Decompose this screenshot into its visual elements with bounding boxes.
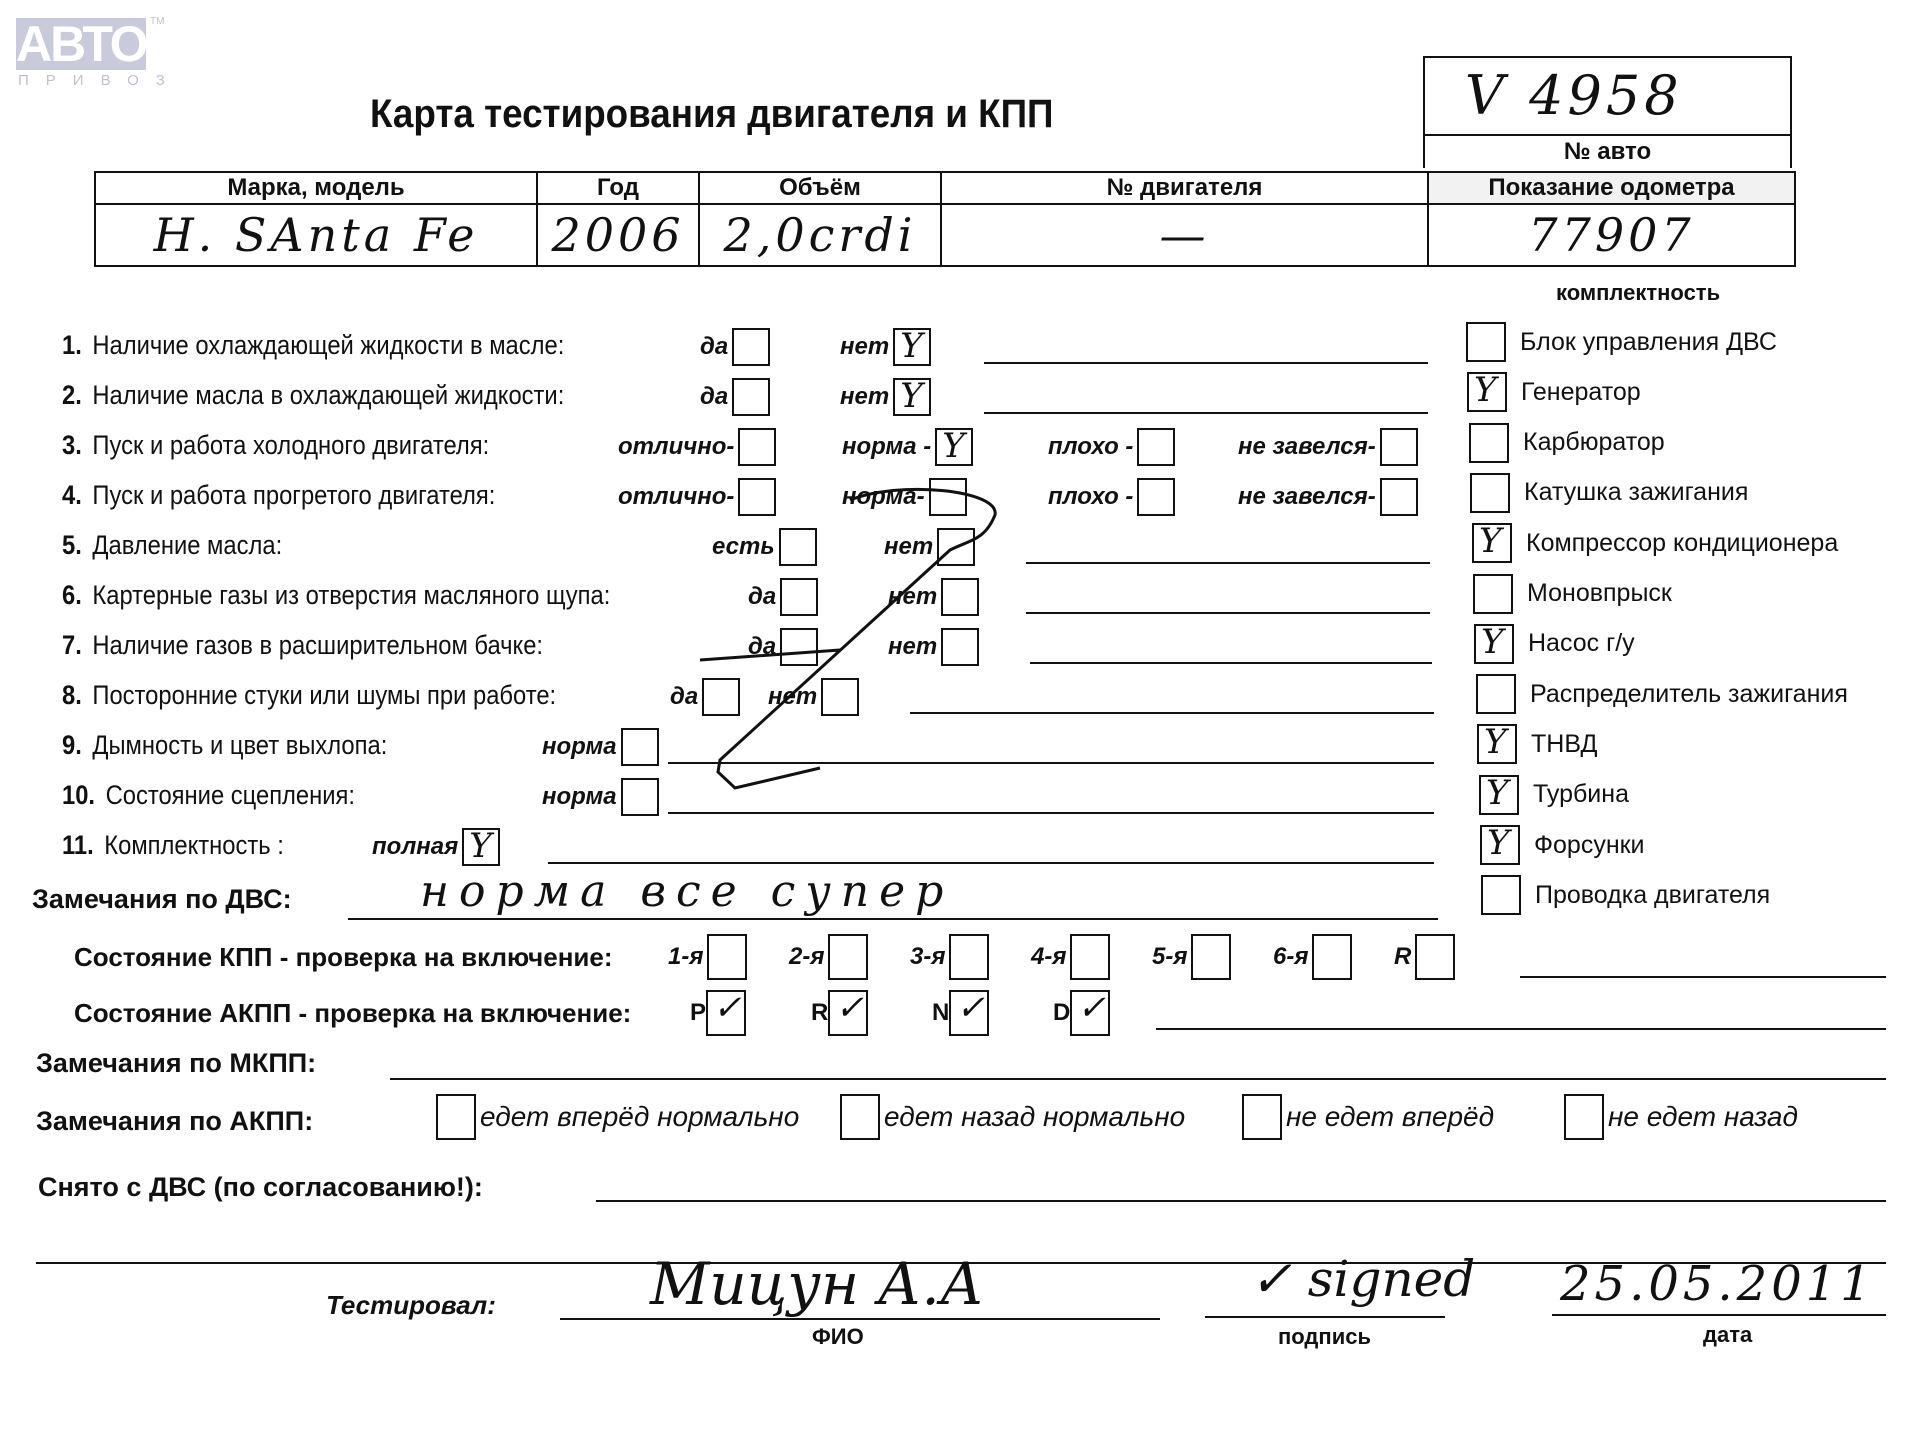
check-option: отлично- xyxy=(618,478,776,516)
checkbox[interactable] xyxy=(1481,875,1521,915)
checkbox[interactable] xyxy=(1480,825,1520,865)
engine-no-value[interactable]: — xyxy=(941,204,1428,266)
logo-tm: TM xyxy=(150,16,164,27)
option-label: да xyxy=(748,633,776,661)
check-label: Пуск и работа холодного двигателя: xyxy=(92,430,489,460)
checkbox[interactable] xyxy=(462,828,500,866)
komplekt-item: Генератор xyxy=(1467,372,1641,412)
brand-logo: АВТО TM ПРИВОЗ xyxy=(16,18,182,89)
check-row-4: 4.Пуск и работа прогретого двигателя: xyxy=(62,480,495,511)
option-label: не едет назад xyxy=(1608,1101,1798,1133)
removed-line[interactable] xyxy=(596,1200,1886,1202)
komplekt-item: Проводка двигателя xyxy=(1481,875,1770,915)
gear-label: N xyxy=(932,999,949,1027)
checkbox[interactable] xyxy=(1467,372,1507,412)
checkbox[interactable] xyxy=(1070,990,1110,1036)
checkbox[interactable] xyxy=(935,428,973,466)
model-value[interactable]: H. SAnta Fe xyxy=(95,204,537,266)
odometer-value[interactable]: 77907 xyxy=(1428,204,1795,266)
checkbox[interactable] xyxy=(780,578,818,616)
gear-label: 3-я xyxy=(910,943,945,971)
gear-label: 6-я xyxy=(1273,943,1308,971)
akpp-label: Состояние АКПП - проверка на включение: xyxy=(74,998,631,1029)
kpp-gear: 1-я xyxy=(668,934,747,980)
check-number: 4. xyxy=(62,480,82,510)
option-label: полная xyxy=(372,833,458,861)
checkbox[interactable] xyxy=(840,1094,880,1140)
gear-label: D xyxy=(1053,999,1070,1027)
option-label: да xyxy=(670,683,698,711)
option-label: едет назад нормально xyxy=(884,1101,1185,1133)
car-number-label: № авто xyxy=(1425,136,1790,168)
col-engine-no-label: № двигателя xyxy=(941,172,1428,204)
komplekt-item-label: Компрессор кондиционера xyxy=(1526,529,1838,558)
tester-signature-value[interactable]: ✓ signed xyxy=(1250,1250,1475,1308)
tester-date-line xyxy=(1552,1314,1886,1316)
option-label: не завелся- xyxy=(1238,433,1376,461)
checkbox[interactable] xyxy=(706,990,746,1036)
kpp-gear: R xyxy=(1394,934,1455,980)
checkbox[interactable] xyxy=(779,528,817,566)
option-label: норма xyxy=(542,783,617,811)
check-option: норма xyxy=(542,728,659,766)
check-option: не завелся- xyxy=(1238,428,1418,466)
check-label: Картерные газы из отверстия масляного щу… xyxy=(92,580,610,610)
gear-label: R xyxy=(811,999,828,1027)
akpp-remark-option: едет назад нормально xyxy=(836,1094,1185,1140)
check-label: Комплектность : xyxy=(104,830,284,860)
akpp-remark-option: не едет вперёд xyxy=(1238,1094,1494,1140)
check-row-9: 9.Дымность и цвет выхлопа: xyxy=(62,730,387,761)
option-label: плохо - xyxy=(1048,433,1133,461)
tester-name-value[interactable]: Мицун А.А xyxy=(650,1250,984,1318)
komplekt-item: Турбина xyxy=(1479,775,1629,815)
option-label: отлично- xyxy=(618,433,734,461)
checkbox[interactable] xyxy=(949,934,989,980)
checkbox[interactable] xyxy=(893,328,931,366)
checkbox[interactable] xyxy=(780,628,818,666)
remarks-mkpp-label: Замечания по МКПП: xyxy=(36,1048,316,1079)
check-number: 9. xyxy=(62,730,82,760)
option-label: едет вперёд нормально xyxy=(480,1101,799,1133)
check-label: Наличие газов в расширительном бачке: xyxy=(92,630,543,660)
car-number-value[interactable]: V 4958 xyxy=(1425,58,1790,136)
option-label: нет xyxy=(888,583,937,611)
check-option: нет xyxy=(840,328,931,366)
check-number: 1. xyxy=(62,330,82,360)
checkbox[interactable] xyxy=(1476,674,1516,714)
kpp-gear: 3-я xyxy=(910,934,989,980)
check-label: Состояние сцепления: xyxy=(106,780,355,810)
komplekt-item: Компрессор кондиционера xyxy=(1472,523,1838,563)
option-label: норма- xyxy=(842,483,925,511)
komplekt-item-label: Моновпрыск xyxy=(1527,579,1672,608)
tester-name-line xyxy=(560,1318,1160,1320)
checkbox[interactable] xyxy=(941,578,979,616)
option-label: есть xyxy=(712,533,775,561)
checkbox[interactable] xyxy=(1191,934,1231,980)
komplekt-item: Катушка зажигания xyxy=(1470,473,1748,513)
notes-line[interactable] xyxy=(1030,662,1432,664)
caption-date: дата xyxy=(1703,1322,1752,1348)
option-label: не едет вперёд xyxy=(1286,1101,1494,1133)
check-number: 7. xyxy=(62,630,82,660)
komplekt-item-label: Генератор xyxy=(1521,378,1641,407)
kpp-gear: 4-я xyxy=(1031,934,1110,980)
gear-label: 5-я xyxy=(1152,943,1187,971)
check-label: Наличие масла в охлаждающей жидкости: xyxy=(92,380,564,410)
komplekt-heading: комплектность xyxy=(1556,280,1720,306)
check-row-11: 11.Комплектность : xyxy=(62,830,284,861)
check-option: нет xyxy=(884,528,975,566)
check-row-10: 10.Состояние сцепления: xyxy=(62,780,355,811)
check-number: 5. xyxy=(62,530,82,560)
checkbox[interactable] xyxy=(1472,523,1512,563)
notes-line[interactable] xyxy=(668,762,1434,764)
col-volume-label: Объём xyxy=(699,172,941,204)
checkbox[interactable] xyxy=(1242,1094,1282,1140)
caption-name: ФИО xyxy=(812,1324,864,1350)
komplekt-item: Карбюратор xyxy=(1469,423,1665,463)
option-label: да xyxy=(700,383,728,411)
check-label: Пуск и работа прогретого двигателя: xyxy=(92,480,495,510)
year-value[interactable]: 2006 xyxy=(537,204,699,266)
checkbox[interactable] xyxy=(707,934,747,980)
check-option: нет xyxy=(888,628,979,666)
checkbox[interactable] xyxy=(929,478,967,516)
checkbox[interactable] xyxy=(1312,934,1352,980)
check-option: нет xyxy=(840,378,931,416)
check-row-8: 8.Посторонние стуки или шумы при работе: xyxy=(62,680,556,711)
gear-label: 4-я xyxy=(1031,943,1066,971)
logo-text: АВТО xyxy=(16,18,146,70)
komplekt-item: Моновпрыск xyxy=(1473,574,1672,614)
checkbox[interactable] xyxy=(1473,574,1513,614)
remarks-engine-label: Замечания по ДВС: xyxy=(32,884,292,915)
checkbox[interactable] xyxy=(1070,934,1110,980)
check-option: норма - xyxy=(842,428,973,466)
tester-signature-line xyxy=(1205,1316,1445,1318)
remarks-mkpp-line[interactable] xyxy=(390,1078,1886,1080)
notes-line[interactable] xyxy=(548,862,1434,864)
option-label: плохо - xyxy=(1048,483,1133,511)
akpp-gear: R xyxy=(811,990,868,1036)
checkbox[interactable] xyxy=(828,934,868,980)
option-label: да xyxy=(700,333,728,361)
komplekt-item: ТНВД xyxy=(1477,724,1597,764)
option-label: нет xyxy=(888,633,937,661)
komplekt-item: Насос г/у xyxy=(1474,624,1635,664)
option-label: нет xyxy=(840,333,889,361)
checkbox[interactable] xyxy=(893,378,931,416)
komplekt-item-label: ТНВД xyxy=(1531,730,1597,759)
komplekt-item-label: Проводка двигателя xyxy=(1535,881,1770,910)
volume-value[interactable]: 2,0crdi xyxy=(699,204,941,266)
checkbox[interactable] xyxy=(1469,423,1509,463)
check-option: да xyxy=(700,378,770,416)
check-option: нет xyxy=(768,678,859,716)
check-option: плохо - xyxy=(1048,478,1175,516)
notes-line[interactable] xyxy=(984,412,1428,414)
tester-date-value[interactable]: 25.05.2011 xyxy=(1560,1256,1875,1312)
checkbox[interactable] xyxy=(949,990,989,1036)
checkbox[interactable] xyxy=(821,678,859,716)
checkbox[interactable] xyxy=(1564,1094,1604,1140)
option-label: отлично- xyxy=(618,483,734,511)
remarks-engine-value[interactable]: норма все супер xyxy=(420,866,953,917)
check-option: плохо - xyxy=(1048,428,1175,466)
check-number: 10. xyxy=(62,780,95,810)
check-option: полная xyxy=(372,828,500,866)
checkbox[interactable] xyxy=(732,378,770,416)
option-label: норма xyxy=(542,733,617,761)
check-label: Посторонние стуки или шумы при работе: xyxy=(92,680,556,710)
checkbox[interactable] xyxy=(732,328,770,366)
gear-label: R xyxy=(1394,943,1411,971)
kpp-label: Состояние КПП - проверка на включение: xyxy=(74,942,613,973)
check-row-5: 5.Давление масла: xyxy=(62,530,282,561)
check-option: есть xyxy=(712,528,817,566)
check-option: да xyxy=(670,678,740,716)
komplekt-item-label: Форсунки xyxy=(1534,831,1645,860)
check-label: Дымность и цвет выхлопа: xyxy=(92,730,387,760)
checkbox[interactable] xyxy=(1470,473,1510,513)
checkbox[interactable] xyxy=(1137,478,1175,516)
check-row-1: 1.Наличие охлаждающей жидкости в масле: xyxy=(62,330,564,361)
check-option: отлично- xyxy=(618,428,776,466)
komplekt-item-label: Блок управления ДВС xyxy=(1520,328,1777,357)
notes-line[interactable] xyxy=(668,812,1434,814)
notes-line[interactable] xyxy=(1026,612,1430,614)
check-option: да xyxy=(748,578,818,616)
notes-line[interactable] xyxy=(984,362,1428,364)
logo-subtitle: ПРИВОЗ xyxy=(16,72,182,89)
check-number: 2. xyxy=(62,380,82,410)
komplekt-item: Блок управления ДВС xyxy=(1466,322,1777,362)
check-option: да xyxy=(700,328,770,366)
checkbox[interactable] xyxy=(436,1094,476,1140)
checkbox[interactable] xyxy=(1477,724,1517,764)
gear-label: P xyxy=(690,999,706,1027)
akpp-gear: P xyxy=(690,990,746,1036)
page-title: Карта тестирования двигателя и КПП xyxy=(370,92,1053,137)
car-number-box: V 4958 № авто xyxy=(1423,56,1792,168)
checkbox[interactable] xyxy=(828,990,868,1036)
check-row-6: 6.Картерные газы из отверстия масляного … xyxy=(62,580,610,611)
checkbox[interactable] xyxy=(937,528,975,566)
col-year-label: Год xyxy=(537,172,699,204)
komplekt-item-label: Карбюратор xyxy=(1523,428,1665,457)
notes-line[interactable] xyxy=(1026,562,1430,564)
check-option: не завелся- xyxy=(1238,478,1418,516)
kpp-gear: 2-я xyxy=(789,934,868,980)
checkbox[interactable] xyxy=(1466,322,1506,362)
checkbox[interactable] xyxy=(621,778,659,816)
check-option: нет xyxy=(888,578,979,616)
check-option: норма xyxy=(542,778,659,816)
check-option: да xyxy=(748,628,818,666)
komplekt-item-label: Турбина xyxy=(1533,780,1629,809)
check-label: Давление масла: xyxy=(92,530,282,560)
checkbox[interactable] xyxy=(738,478,776,516)
removed-label: Снято с ДВС (по согласованию!): xyxy=(38,1172,483,1203)
kpp-line xyxy=(1520,976,1886,978)
akpp-line xyxy=(1156,1028,1886,1030)
check-row-2: 2.Наличие масла в охлаждающей жидкости: xyxy=(62,380,564,411)
komplekt-item: Распределитель зажигания xyxy=(1476,674,1848,714)
checkbox[interactable] xyxy=(1415,934,1455,980)
checkbox[interactable] xyxy=(702,678,740,716)
option-label: нет xyxy=(884,533,933,561)
checkbox[interactable] xyxy=(1479,775,1519,815)
checkbox[interactable] xyxy=(1137,428,1175,466)
kpp-gear: 5-я xyxy=(1152,934,1231,980)
komplekt-item-label: Насос г/у xyxy=(1528,629,1635,658)
check-number: 3. xyxy=(62,430,82,460)
gear-label: 1-я xyxy=(668,943,703,971)
option-label: нет xyxy=(768,683,817,711)
komplekt-item-label: Распределитель зажигания xyxy=(1530,680,1848,709)
komplekt-item-label: Катушка зажигания xyxy=(1524,478,1748,507)
tester-label: Тестировал: xyxy=(326,1290,496,1321)
check-row-7: 7.Наличие газов в расширительном бачке: xyxy=(62,630,543,661)
kpp-gear: 6-я xyxy=(1273,934,1352,980)
col-odometer-label: Показание одометра xyxy=(1428,172,1795,204)
checkbox[interactable] xyxy=(1380,478,1418,516)
check-row-3: 3.Пуск и работа холодного двигателя: xyxy=(62,430,489,461)
checkbox[interactable] xyxy=(1380,428,1418,466)
checkbox[interactable] xyxy=(738,428,776,466)
caption-signature: подпись xyxy=(1278,1324,1371,1350)
option-label: нет xyxy=(840,383,889,411)
akpp-remark-option: едет вперёд нормально xyxy=(432,1094,799,1140)
remarks-engine-line xyxy=(348,918,1438,920)
remarks-akpp-label: Замечания по АКПП: xyxy=(36,1106,313,1137)
komplekt-item: Форсунки xyxy=(1480,825,1645,865)
check-option: норма- xyxy=(842,478,967,516)
check-number: 6. xyxy=(62,580,82,610)
check-number: 11. xyxy=(62,830,94,860)
vehicle-info-table: Марка, модель Год Объём № двигателя Пока… xyxy=(94,171,1796,267)
col-model-label: Марка, модель xyxy=(95,172,537,204)
checkbox[interactable] xyxy=(1474,624,1514,664)
check-label: Наличие охлаждающей жидкости в масле: xyxy=(92,330,564,360)
akpp-gear: N xyxy=(932,990,989,1036)
akpp-gear: D xyxy=(1053,990,1110,1036)
checkbox[interactable] xyxy=(621,728,659,766)
checkbox[interactable] xyxy=(941,628,979,666)
gear-label: 2-я xyxy=(789,943,824,971)
notes-line[interactable] xyxy=(910,712,1434,714)
check-number: 8. xyxy=(62,680,82,710)
akpp-remark-option: не едет назад xyxy=(1560,1094,1798,1140)
option-label: да xyxy=(748,583,776,611)
option-label: норма - xyxy=(842,433,931,461)
option-label: не завелся- xyxy=(1238,483,1376,511)
